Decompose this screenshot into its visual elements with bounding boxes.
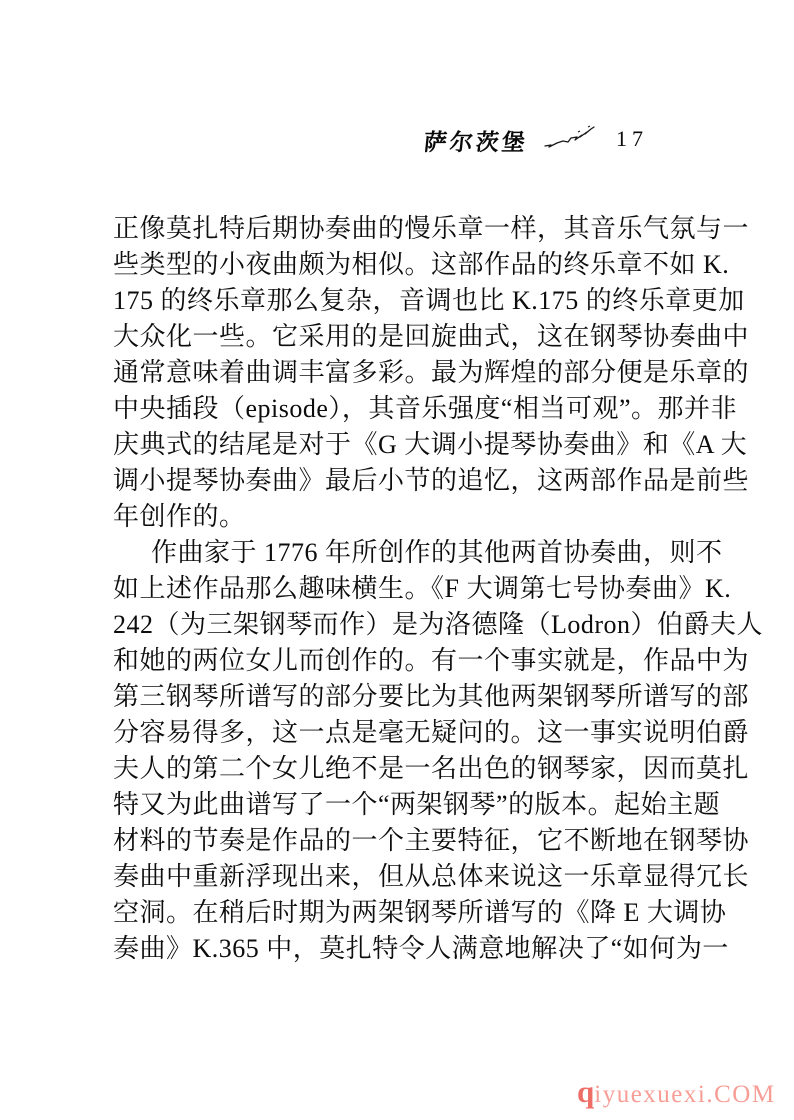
- watermark-initial: q: [577, 1074, 594, 1109]
- text-line: 如上述作品那么趣味横生。《F 大调第七号协奏曲》K.: [113, 571, 719, 607]
- text-line: 分容易得多，这一点是毫无疑问的。这一事实说明伯爵: [113, 715, 719, 751]
- text-line: 庆典式的结尾是对于《G 大调小提琴协奏曲》和《A 大: [113, 427, 719, 463]
- watermark-domain: iyuexuexi.COM: [594, 1081, 775, 1108]
- text-line: 242（为三架钢琴而作）是为洛德隆（Lodron）伯爵夫人: [113, 607, 719, 643]
- text-line: 特又为此曲谱写了一个“两架钢琴”的版本。起始主题: [113, 787, 719, 823]
- body-text: 正像莫扎特后期协奏曲的慢乐章一样，其音乐气氛与一 些类型的小夜曲颇为相似。这部作…: [113, 211, 719, 967]
- text-line: 175 的终乐章那么复杂，音调也比 K.175 的终乐章更加: [113, 283, 719, 319]
- text-line: 奏曲中重新浮现出来，但从总体来说这一乐章显得冗长: [113, 859, 719, 895]
- text-line: 正像莫扎特后期协奏曲的慢乐章一样，其音乐气氛与一: [113, 211, 719, 247]
- text-line: 中央插段（episode），其音乐强度“相当可观”。那并非: [113, 391, 719, 427]
- book-page: 萨尔茨堡 17 正像莫扎特后期协奏曲的慢乐章一样，其音乐气氛与一 些类型的小夜曲…: [0, 0, 794, 1120]
- text-line: 奏曲》K.365 中，莫扎特令人满意地解决了“如何为一: [113, 931, 719, 967]
- page-number: 17: [616, 126, 648, 152]
- text-line: 和她的两位女儿而创作的。有一个事实就是，作品中为: [113, 643, 719, 679]
- text-line: 通常意味着曲调丰富多彩。最为辉煌的部分便是乐章的: [113, 355, 719, 391]
- page-header: 萨尔茨堡 17: [0, 122, 794, 156]
- text-line: 作曲家于 1776 年所创作的其他两首协奏曲，则不: [113, 535, 719, 571]
- text-line: 材料的节奏是作品的一个主要特征，它不断地在钢琴协: [113, 823, 719, 859]
- text-line: 调小提琴协奏曲》最后小节的追忆，这两部作品是前些: [113, 463, 719, 499]
- text-line: 夫人的第二个女儿绝不是一名出色的钢琴家，因而莫扎: [113, 751, 719, 787]
- text-line: 空洞。在稍后时期为两架钢琴所谱写的《降 E 大调协: [113, 895, 719, 931]
- text-line: 年创作的。: [113, 499, 719, 535]
- text-line: 大众化一些。它采用的是回旋曲式，这在钢琴协奏曲中: [113, 319, 719, 355]
- pen-scribble-icon: [544, 124, 596, 150]
- chapter-title: 萨尔茨堡: [422, 124, 529, 157]
- text-line: 第三钢琴所谱写的部分要比为其他两架钢琴所谱写的部: [113, 679, 719, 715]
- watermark: qiyuexuexi.COM: [577, 1074, 776, 1110]
- text-line: 些类型的小夜曲颇为相似。这部作品的终乐章不如 K.: [113, 247, 719, 283]
